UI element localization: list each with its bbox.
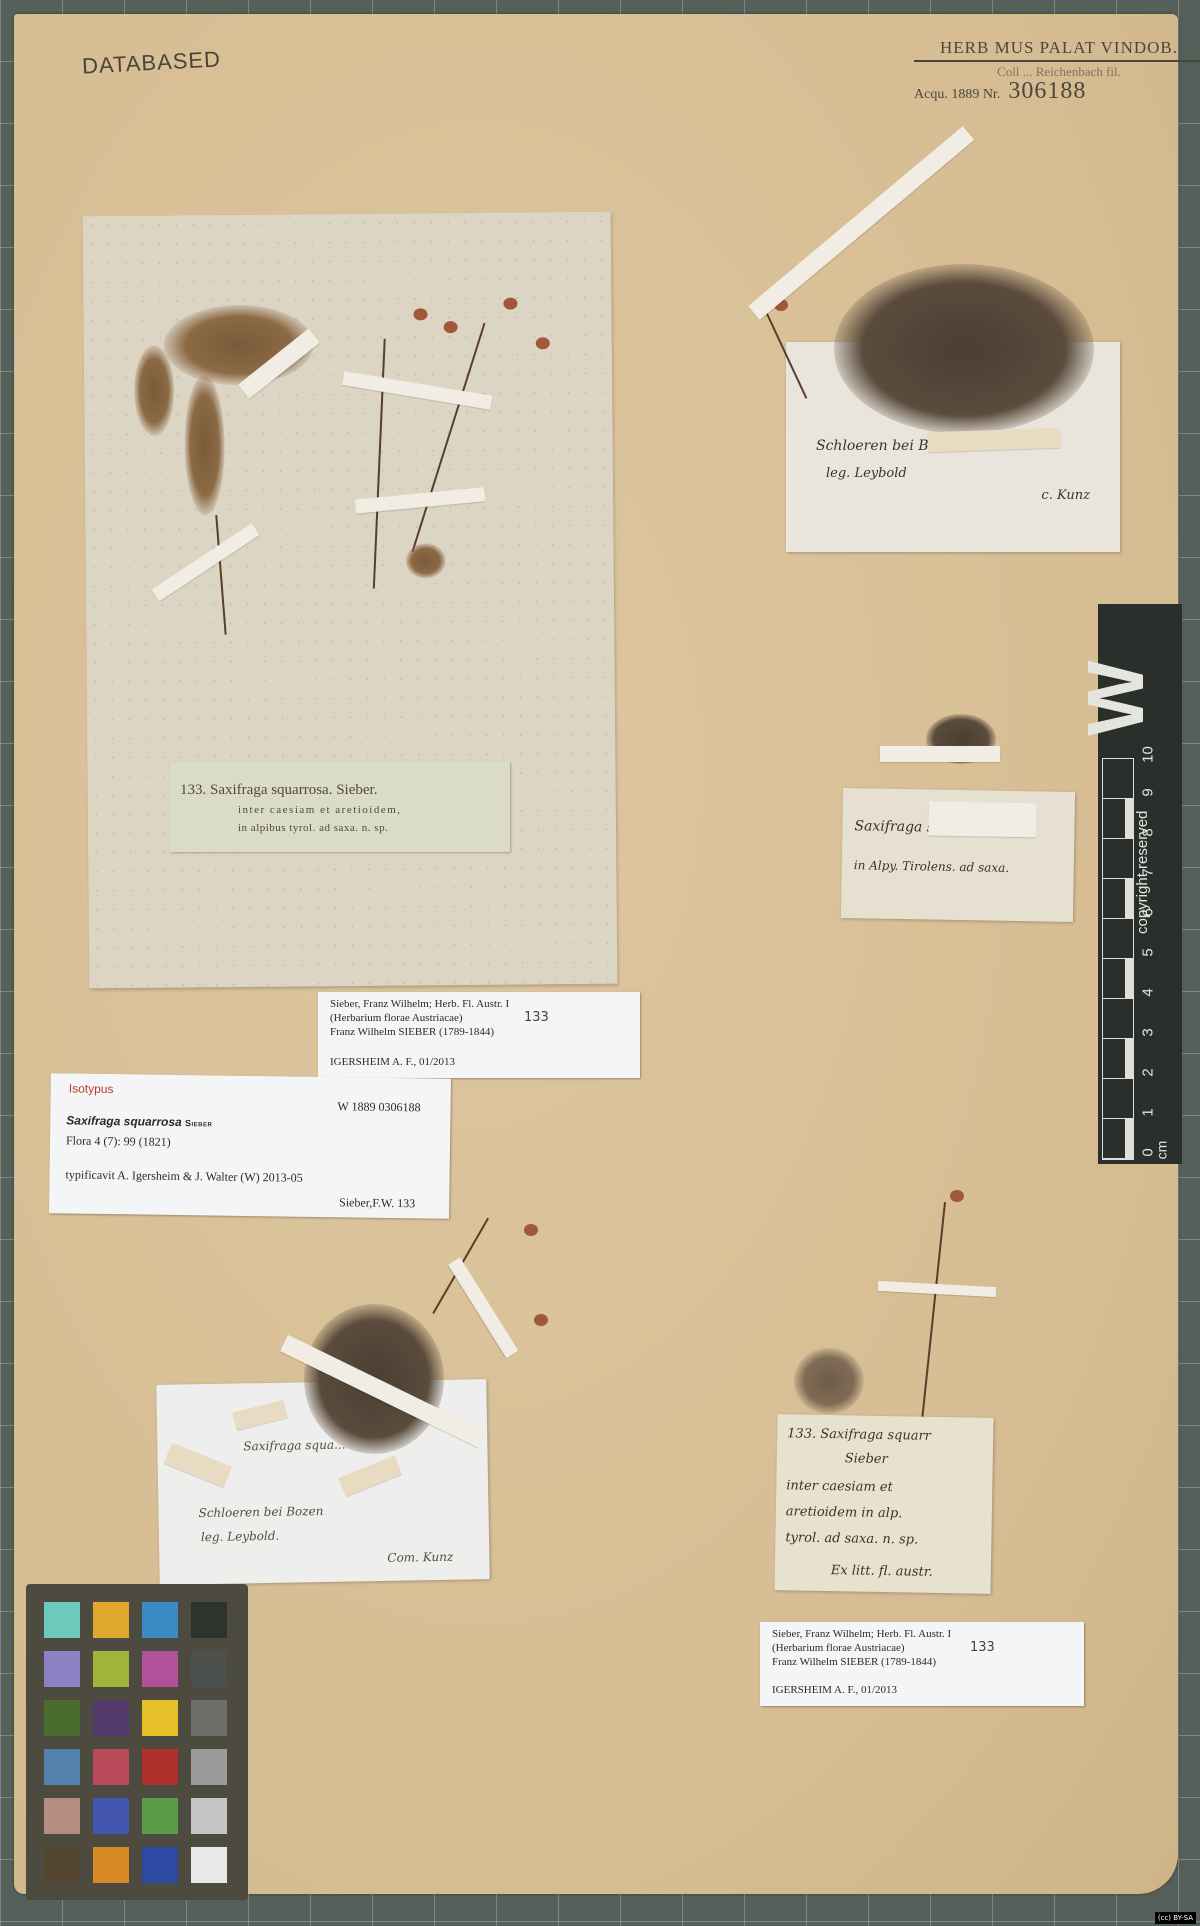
ruler-tick-label: 1 <box>1140 1103 1157 1123</box>
mounting-strip <box>355 487 486 513</box>
color-patch <box>44 1798 80 1834</box>
label-line: Sieber <box>845 1451 888 1467</box>
original-printed-label: 133. Saxifraga squarrosa. Sieber. inter … <box>170 762 510 852</box>
color-patch <box>93 1602 129 1638</box>
specimen-branch <box>134 346 175 436</box>
specimen-cushion-dark <box>834 264 1094 434</box>
accession-number: 306188 <box>1008 78 1086 104</box>
specimen-rosette <box>794 1348 864 1414</box>
ruler-tick-label: 4 <box>1140 983 1157 1003</box>
label-line: aretioidem in alp. <box>786 1504 903 1521</box>
color-patch <box>44 1749 80 1785</box>
label-line: 133. Saxifraga squarr <box>787 1426 931 1444</box>
specimen-rosette <box>406 543 446 578</box>
label-locality: inter caesiam et aretioidem, <box>238 804 402 816</box>
color-calibration-card <box>26 1584 248 1900</box>
color-patch <box>93 1798 129 1834</box>
specimen-stem <box>215 515 226 635</box>
color-patch <box>93 1847 129 1883</box>
color-patch <box>44 1651 80 1687</box>
locality-text: Schloeren bei Bozen <box>198 1504 323 1520</box>
specimen-flower-stem <box>921 1202 946 1421</box>
databased-stamp: DATABASED <box>81 46 221 79</box>
herbarium-stamp: HERB MUS PALAT VINDOB. Coll ... Reichenb… <box>914 38 1200 105</box>
ruler-segment <box>1103 879 1133 919</box>
mounting-strip <box>878 1281 996 1297</box>
communicator-text: Com. Kunz <box>387 1550 453 1565</box>
specimen-flower <box>536 337 550 349</box>
specimen-flower <box>534 1314 548 1326</box>
ruler-tick-label: 3 <box>1140 1023 1157 1043</box>
color-patch <box>142 1798 178 1834</box>
specimen-flower <box>503 298 517 310</box>
accession-prefix: Acqu. 1889 Nr. <box>914 87 1000 102</box>
type-status: Isotypus <box>69 1081 114 1096</box>
specimen-flower-stem <box>411 323 485 552</box>
ruler-segment <box>1103 799 1133 839</box>
color-patch <box>44 1700 80 1736</box>
specimen-flower <box>444 321 458 333</box>
scale-bar: W copyright reserved 0 1 2 3 4 5 6 7 8 9… <box>1098 604 1182 1164</box>
ruler-segment <box>1103 1119 1133 1159</box>
label-line: Ex litt. fl. austr. <box>831 1563 933 1580</box>
color-patch <box>191 1798 227 1834</box>
species-name: Saxifraga squarrosa Sieber <box>66 1113 212 1129</box>
specimen-flower <box>413 308 427 320</box>
ruler-tick-label: 7 <box>1140 863 1157 883</box>
specimen-flower <box>950 1190 964 1202</box>
specimen-mount-paper <box>83 212 618 989</box>
color-patch <box>93 1749 129 1785</box>
ruler-tick-label: 8 <box>1140 823 1157 843</box>
color-patch <box>191 1700 227 1736</box>
color-patch <box>191 1651 227 1687</box>
mounting-strip <box>152 523 260 601</box>
color-patch <box>142 1847 178 1883</box>
ruler-tick-label: 9 <box>1140 783 1157 803</box>
publication-reference: Flora 4 (7): 99 (1821) <box>66 1133 171 1149</box>
color-patch <box>142 1602 178 1638</box>
species-binomial: Saxifraga squarrosa <box>66 1113 182 1129</box>
handwritten-number: 133 <box>524 1010 549 1025</box>
ruler-segment <box>1103 999 1133 1039</box>
collector-text: leg. Leybold. <box>201 1529 280 1544</box>
communicator-text: c. Kunz <box>1041 488 1090 503</box>
species-author: Sieber <box>185 1118 212 1128</box>
revision-line: IGERSHEIM A. F., 01/2013 <box>772 1684 897 1696</box>
label-line: tyrol. ad saxa. n. sp. <box>785 1530 918 1547</box>
color-patch <box>93 1651 129 1687</box>
ruler-segment <box>1103 1039 1133 1079</box>
collection-subline: (Herbarium florae Austriacae) <box>772 1642 905 1654</box>
ruler-segment <box>1103 959 1133 999</box>
specimen-stem-leaves <box>184 375 225 515</box>
color-patch <box>44 1602 80 1638</box>
collector-line: Franz Wilhelm SIEBER (1789-1844) <box>330 1026 494 1038</box>
mounting-strip <box>928 801 1037 837</box>
locality-text: in Alpy. Tirolens. ad saxa. <box>854 858 1010 875</box>
ruler-unit: cm <box>1153 1141 1169 1160</box>
isotype-label: Isotypus W 1889 0306188 Saxifraga squarr… <box>49 1073 451 1219</box>
ruler-tick-label: 5 <box>1140 943 1157 963</box>
handwritten-label-lower-right: 133. Saxifraga squarr Sieber inter caesi… <box>774 1414 993 1594</box>
label-title: 133. Saxifraga squarrosa. Sieber. <box>180 782 377 799</box>
color-patch <box>191 1847 227 1883</box>
database-label-lower: Sieber, Franz Wilhelm; Herb. Fl. Austr. … <box>760 1622 1084 1706</box>
collection-subline: (Herbarium florae Austriacae) <box>330 1012 463 1024</box>
ruler-segment <box>1103 759 1133 799</box>
color-patch <box>142 1651 178 1687</box>
color-patch <box>191 1749 227 1785</box>
barcode-number: W 1889 0306188 <box>337 1099 420 1115</box>
ruler-tick-label: 2 <box>1140 1063 1157 1083</box>
collector-line: Franz Wilhelm SIEBER (1789-1844) <box>772 1656 936 1668</box>
database-label-upper: Sieber, Franz Wilhelm; Herb. Fl. Austr. … <box>318 992 640 1078</box>
ruler-tick-label: 6 <box>1140 903 1157 923</box>
ruler-segment <box>1103 839 1133 879</box>
specimen-flower <box>524 1224 538 1236</box>
collector-number: Sieber,F.W. 133 <box>339 1195 415 1211</box>
mounting-strip <box>448 1257 518 1358</box>
typification-text: typificavit A. Igersheim & J. Walter (W)… <box>65 1167 302 1185</box>
herbarium-header: HERB MUS PALAT VINDOB. <box>914 38 1200 62</box>
mounting-strip <box>342 371 492 410</box>
label-line: inter caesiam et <box>786 1478 893 1495</box>
license-badge: (cc) BY-SA <box>1155 1912 1196 1924</box>
ruler-tick-label: 10 <box>1140 745 1157 765</box>
ruler-segment <box>1103 919 1133 959</box>
collection-line: Sieber, Franz Wilhelm; Herb. Fl. Austr. … <box>330 998 509 1010</box>
collection-line: Sieber, Franz Wilhelm; Herb. Fl. Austr. … <box>772 1628 951 1640</box>
centimeter-ruler <box>1102 758 1134 1160</box>
handwritten-number: 133 <box>970 1640 995 1655</box>
label-habitat: in alpibus tyrol. ad saxa. n. sp. <box>238 822 388 834</box>
color-patch <box>142 1749 178 1785</box>
mounting-strip <box>880 746 1000 762</box>
accession-line: Acqu. 1889 Nr.306188 <box>914 78 1200 105</box>
color-patch <box>93 1700 129 1736</box>
handwritten-label-middle-right: Saxifraga squarrosa. Sbr. in Alpy. Tirol… <box>841 788 1075 922</box>
ruler-segment <box>1103 1079 1133 1119</box>
color-patch <box>142 1700 178 1736</box>
color-patch-grid <box>44 1602 227 1883</box>
revision-line: IGERSHEIM A. F., 01/2013 <box>330 1056 455 1068</box>
color-patch <box>191 1602 227 1638</box>
color-patch <box>44 1847 80 1883</box>
collector-text: leg. Leybold <box>826 466 907 481</box>
species-text: Saxifraga squa... <box>243 1438 345 1454</box>
